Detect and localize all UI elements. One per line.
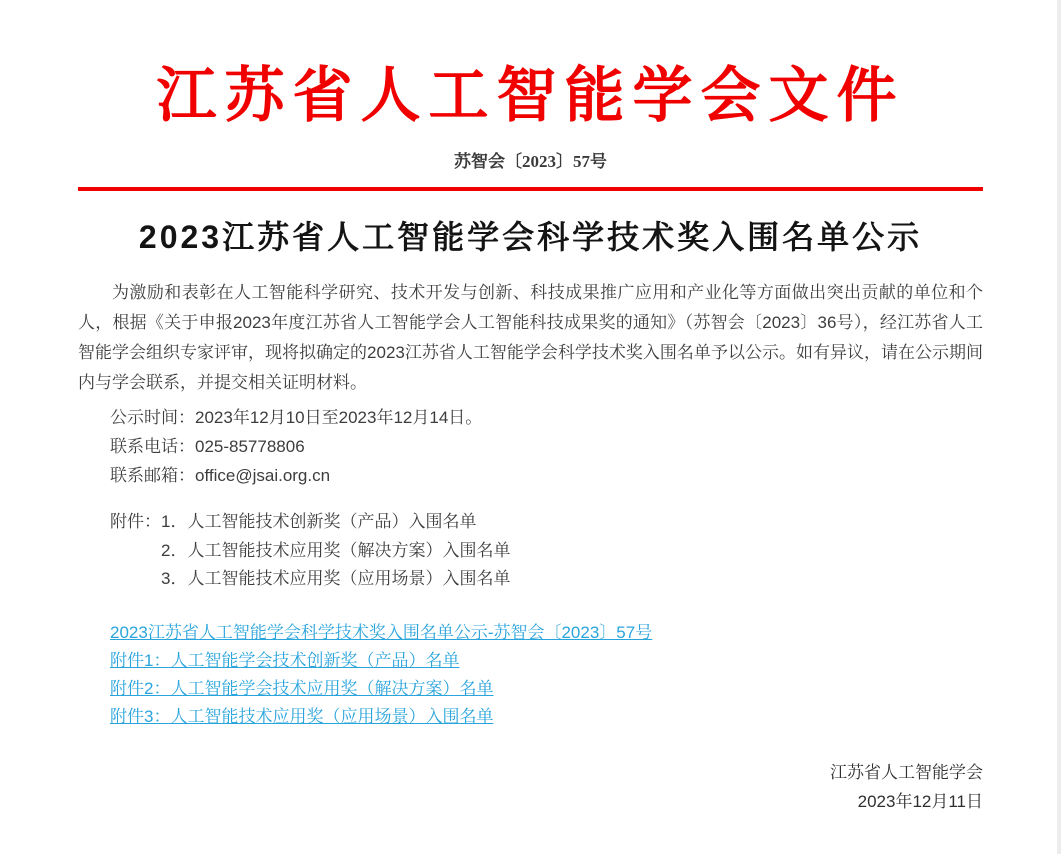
attachment-item-2-text: 2．人工智能技术应用奖（解决方案）入围名单 bbox=[161, 537, 510, 566]
attachment-item-1-text: 1．人工智能技术创新奖（产品）入围名单 bbox=[161, 508, 476, 537]
attachment-item-3: 3．人工智能技术应用奖（应用场景）入围名单 bbox=[110, 565, 983, 594]
link-row: 附件1：人工智能学会技术创新奖（产品）名单 bbox=[110, 647, 983, 675]
contact-info-block: 公示时间：2023年12月10日至2023年12月14日。 联系电话：025-8… bbox=[110, 403, 983, 490]
attachments-label: 附件： bbox=[110, 508, 161, 537]
attachment-item-1: 附件： 1．人工智能技术创新奖（产品）入围名单 bbox=[110, 508, 983, 537]
page-right-edge bbox=[1057, 0, 1061, 854]
contact-email-label: 联系邮箱： bbox=[110, 466, 195, 485]
attachment-3-link[interactable]: 附件3：人工智能技术应用奖（应用场景）入围名单 bbox=[110, 703, 493, 731]
attachment-1-link[interactable]: 附件1：人工智能学会技术创新奖（产品）名单 bbox=[110, 647, 459, 675]
link-row: 2023江苏省人工智能学会科学技术奖入围名单公示-苏智会〔2023〕57号 bbox=[110, 619, 983, 647]
notice-body-paragraph: 为激励和表彰在人工智能科学研究、技术开发与创新、科技成果推广应用和产业化等方面做… bbox=[78, 278, 983, 398]
signature-block: 江苏省人工智能学会 2023年12月11日 bbox=[78, 758, 983, 816]
contact-phone-line: 联系电话：025-85778806 bbox=[110, 432, 983, 461]
attachment-item-2: 2．人工智能技术应用奖（解决方案）入围名单 bbox=[110, 537, 983, 566]
download-links-block: 2023江苏省人工智能学会科学技术奖入围名单公示-苏智会〔2023〕57号 附件… bbox=[110, 619, 983, 731]
attachment-item-3-text: 3．人工智能技术应用奖（应用场景）入围名单 bbox=[161, 565, 510, 594]
signature-date: 2023年12月11日 bbox=[78, 787, 983, 816]
contact-phone-value: 025-85778806 bbox=[195, 437, 305, 456]
document-content: 江苏省人工智能学会文件 苏智会〔2023〕57号 2023江苏省人工智能学会科学… bbox=[0, 64, 1061, 816]
document-page: { "header": { "title": "江苏省人工智能学会文件", "d… bbox=[0, 0, 1061, 854]
posting-period-line: 公示时间：2023年12月10日至2023年12月14日。 bbox=[110, 403, 983, 432]
attachments-list: 附件： 1．人工智能技术创新奖（产品）入围名单 2．人工智能技术应用奖（解决方案… bbox=[110, 508, 983, 594]
document-number: 苏智会〔2023〕57号 bbox=[78, 152, 983, 172]
link-row: 附件3：人工智能技术应用奖（应用场景）入围名单 bbox=[110, 703, 983, 731]
posting-period-label: 公示时间： bbox=[110, 408, 195, 427]
notice-heading: 2023江苏省人工智能学会科学技术奖入围名单公示 bbox=[78, 219, 983, 255]
attachment-2-link[interactable]: 附件2：人工智能学会技术应用奖（解决方案）名单 bbox=[110, 675, 493, 703]
signature-organization: 江苏省人工智能学会 bbox=[78, 758, 983, 787]
posting-period-value: 2023年12月10日至2023年12月14日。 bbox=[195, 408, 482, 427]
red-divider-rule bbox=[78, 187, 983, 191]
contact-email-line: 联系邮箱：office@jsai.org.cn bbox=[110, 461, 983, 490]
organization-title: 江苏省人工智能学会文件 bbox=[78, 64, 983, 128]
link-row: 附件2：人工智能学会技术应用奖（解决方案）名单 bbox=[110, 675, 983, 703]
contact-email-value: office@jsai.org.cn bbox=[195, 466, 330, 485]
contact-phone-label: 联系电话： bbox=[110, 437, 195, 456]
notice-document-link[interactable]: 2023江苏省人工智能学会科学技术奖入围名单公示-苏智会〔2023〕57号 bbox=[110, 619, 652, 647]
